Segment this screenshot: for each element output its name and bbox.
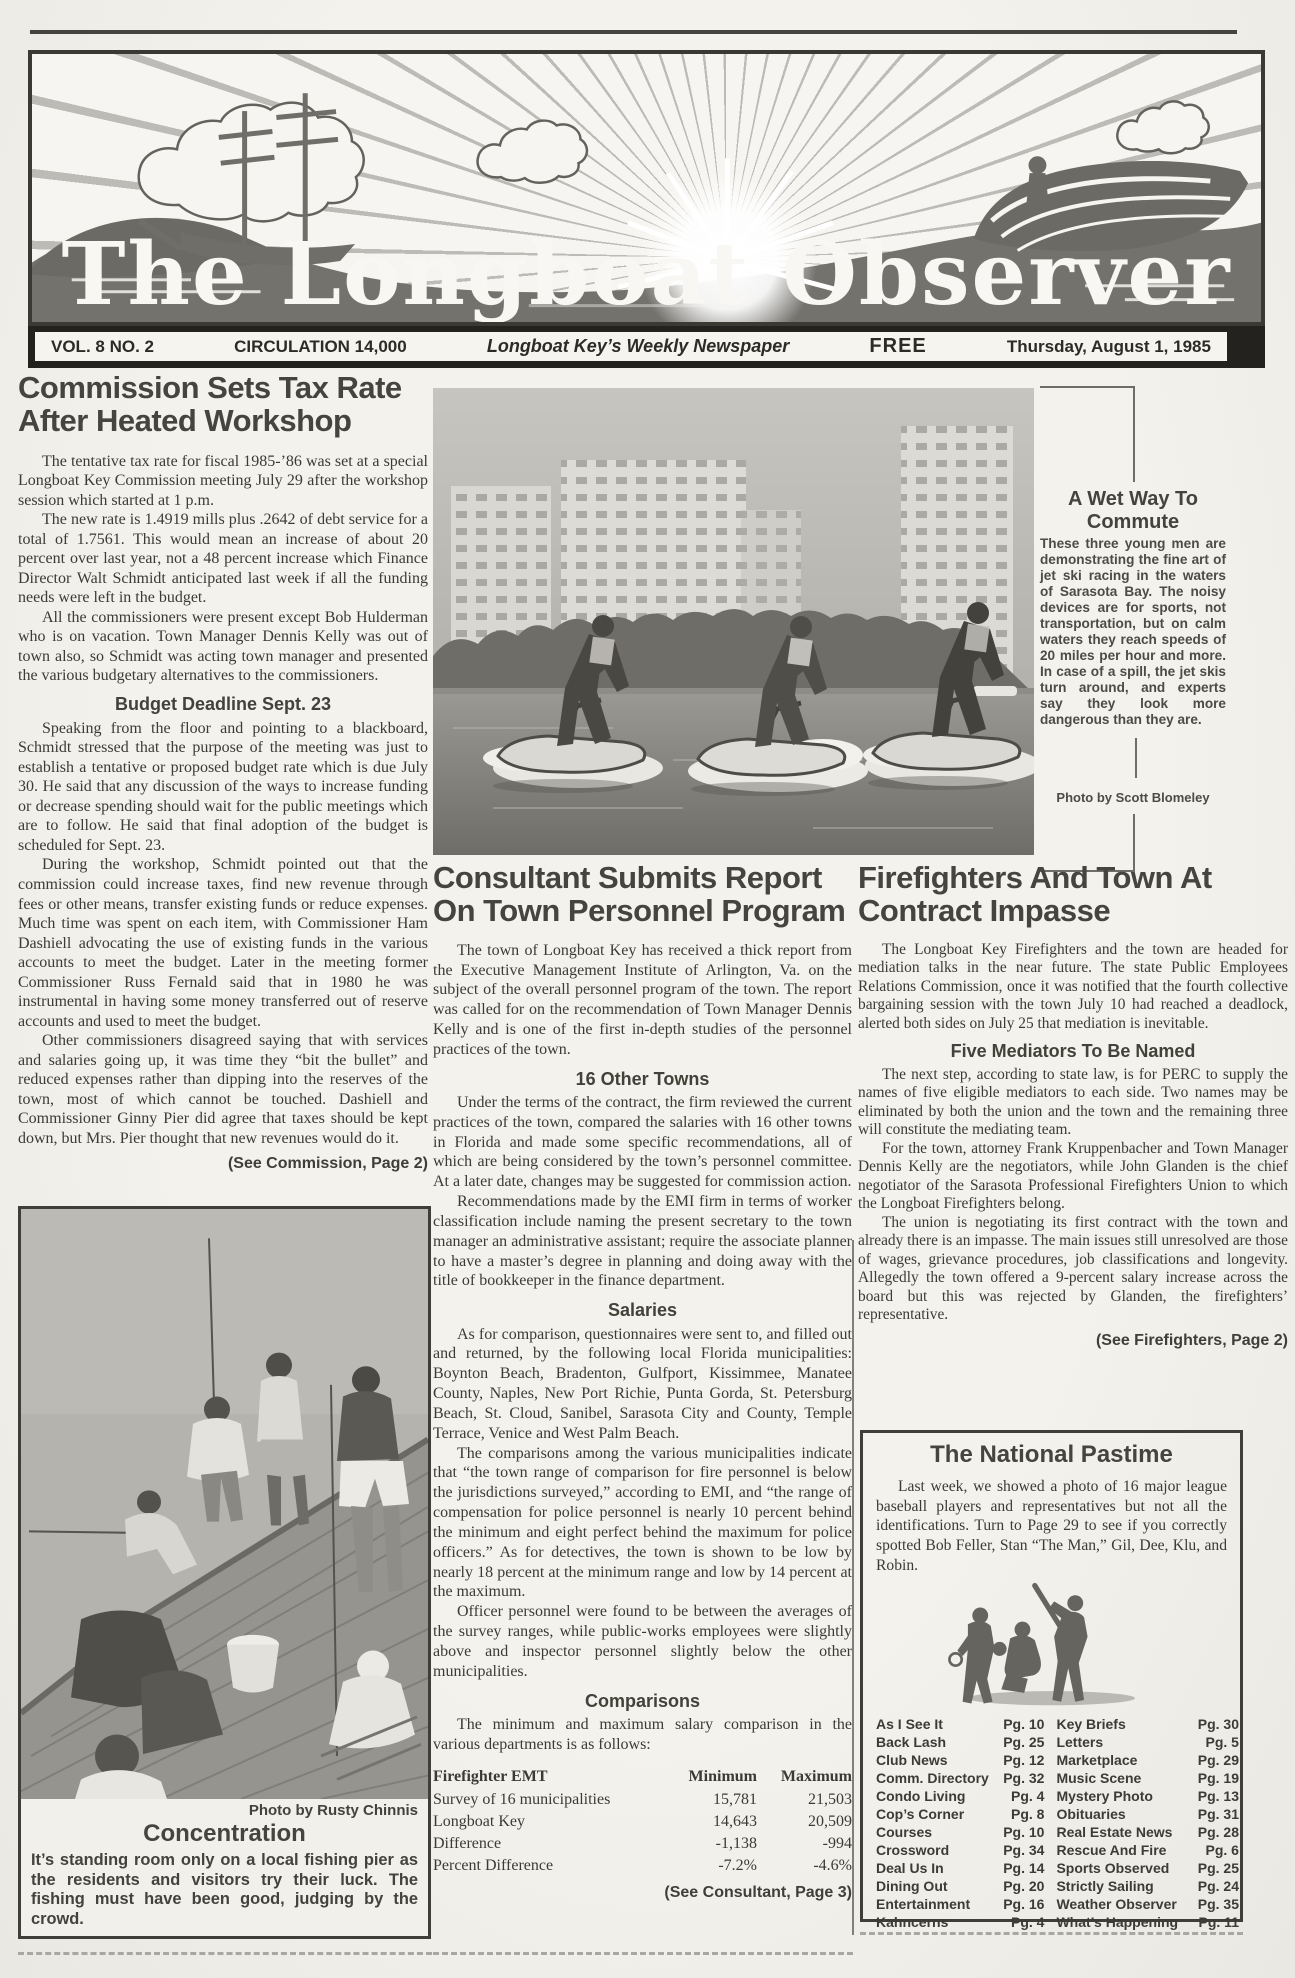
table-header-row: Firefighter EMT Minimum Maximum	[433, 1766, 852, 1788]
index-page-number: Pg. 35	[1198, 1896, 1239, 1913]
table-cell: -994	[757, 1833, 852, 1855]
index-label: Sports Observed	[1056, 1860, 1169, 1877]
index-entry: Obituaries Pg. 31	[1056, 1806, 1239, 1823]
newspaper-title: The Longboat Observer	[32, 232, 1261, 318]
caption-title: Concentration	[31, 1820, 418, 1848]
index-page-number: Pg. 29	[1198, 1752, 1239, 1769]
price-label: FREE	[869, 335, 926, 358]
subhead-five-mediators: Five Mediators To Be Named	[858, 1041, 1288, 1063]
issue-date: Thursday, August 1, 1985	[1007, 337, 1211, 357]
top-rule	[30, 30, 1237, 34]
table-cell: 14,643	[662, 1811, 757, 1833]
index-entry: What’s Happening Pg. 11	[1056, 1914, 1239, 1931]
index-label: Deal Us In	[876, 1860, 944, 1877]
caption-title: A Wet Way To Commute	[1040, 488, 1226, 534]
table-cell: 20,509	[757, 1811, 852, 1833]
index-label: Club News	[876, 1752, 948, 1769]
article-paragraph: The union is negotiating its first contr…	[858, 1214, 1288, 1325]
article-commission: Commission Sets Tax Rate After Heated Wo…	[18, 372, 428, 1174]
index-entry: Club News Pg. 12	[876, 1752, 1044, 1769]
index-label: Obituaries	[1056, 1806, 1125, 1823]
subhead-salaries: Salaries	[433, 1299, 852, 1321]
caption-body: It’s standing room only on a local fishi…	[31, 1851, 418, 1930]
index-entry: Marketplace Pg. 29	[1056, 1752, 1239, 1769]
index-entry: Letters Pg. 5	[1056, 1734, 1239, 1751]
index-page-number: Pg. 20	[1003, 1878, 1044, 1895]
dashed-separator	[433, 1952, 853, 1955]
index-entry: Key Briefs Pg. 30	[1056, 1716, 1239, 1733]
dashed-separator	[18, 1952, 432, 1955]
index-label: Key Briefs	[1056, 1716, 1125, 1733]
subhead-budget-deadline: Budget Deadline Sept. 23	[18, 694, 428, 716]
index-label: Marketplace	[1056, 1752, 1137, 1769]
table-cell: -4.6%	[757, 1855, 852, 1877]
index-label: Music Scene	[1056, 1770, 1141, 1787]
index-label: Mystery Photo	[1056, 1788, 1152, 1805]
article-paragraph: Recommendations made by the EMI firm in …	[433, 1192, 852, 1291]
index-page-number: Pg. 8	[1011, 1806, 1044, 1823]
index-page-number: Pg. 34	[1003, 1842, 1044, 1859]
info-bar: VOL. 8 NO. 2 CIRCULATION 14,000 Longboat…	[28, 326, 1265, 368]
index-page-number: Pg. 10	[1003, 1824, 1044, 1841]
umpire-icon	[949, 1608, 994, 1704]
index-label: Real Estate News	[1056, 1824, 1172, 1841]
index-page-number: Pg. 25	[1198, 1860, 1239, 1877]
index-label: Letters	[1056, 1734, 1103, 1751]
index-label: Condo Living	[876, 1788, 965, 1805]
index-entry: Entertainment Pg. 16	[876, 1896, 1044, 1913]
baseball-illustration	[876, 1575, 1227, 1712]
index-label: Courses	[876, 1824, 932, 1841]
article-paragraph: The tentative tax rate for fiscal 1985-’…	[18, 452, 428, 511]
index-page-number: Pg. 5	[1206, 1734, 1239, 1751]
index-label: Dining Out	[876, 1878, 948, 1895]
table-cell: Survey of 16 municipalities	[433, 1789, 662, 1811]
table-cell: -7.2%	[662, 1855, 757, 1877]
index-page-number: Pg. 32	[1003, 1770, 1044, 1787]
index-label: Kahncerns	[876, 1914, 948, 1931]
subhead-comparisons: Comparisons	[433, 1690, 852, 1712]
table-row: Difference -1,138 -994	[433, 1833, 852, 1855]
column-rule	[852, 1240, 854, 1935]
fishing-pier-photo	[21, 1209, 428, 1799]
caption-bracket-tick	[1135, 738, 1137, 778]
continuation-note: (See Firefighters, Page 2)	[858, 1331, 1288, 1350]
index-entry: Cop’s Corner Pg. 8	[876, 1806, 1044, 1823]
article-paragraph: All the commissioners were present excep…	[18, 608, 428, 686]
salary-comparison-table: Firefighter EMT Minimum Maximum Survey o…	[433, 1766, 852, 1876]
table-cell: Difference	[433, 1833, 662, 1855]
index-page-number: Pg. 19	[1198, 1770, 1239, 1787]
table-cell: 15,781	[662, 1789, 757, 1811]
photo-credit: Photo by Scott Blomeley	[1040, 790, 1226, 805]
caption-bracket-top	[1040, 386, 1135, 482]
article-paragraph: Under the terms of the contract, the fir…	[433, 1093, 852, 1192]
fishing-caption: Photo by Rusty Chinnis Concentration It’…	[21, 1799, 428, 1930]
index-entry: Sports Observed Pg. 25	[1056, 1860, 1239, 1877]
index-page-number: Pg. 4	[1011, 1788, 1044, 1805]
index-entry: Condo Living Pg. 4	[876, 1788, 1044, 1805]
table-row: Percent Difference -7.2% -4.6%	[433, 1855, 852, 1877]
article-paragraph: For the town, attorney Frank Kruppenbach…	[858, 1140, 1288, 1214]
index-label: Crossword	[876, 1842, 949, 1859]
dashed-separator	[860, 1932, 1243, 1935]
index-entry: Weather Observer Pg. 35	[1056, 1896, 1239, 1913]
index-page-number: Pg. 28	[1198, 1824, 1239, 1841]
index-page-number: Pg. 12	[1003, 1752, 1044, 1769]
index-entry: Strictly Sailing Pg. 24	[1056, 1878, 1239, 1895]
headline-commission: Commission Sets Tax Rate After Heated Wo…	[18, 372, 428, 438]
continuation-note: (See Commission, Page 2)	[18, 1154, 428, 1174]
photo-credit: Photo by Rusty Chinnis	[31, 1802, 418, 1819]
table-cell: 21,503	[757, 1789, 852, 1811]
index-label: Back Lash	[876, 1734, 946, 1751]
index-page-number: Pg. 6	[1206, 1842, 1239, 1859]
index-page-number: Pg. 24	[1198, 1878, 1239, 1895]
table-header-cell: Minimum	[662, 1766, 757, 1788]
page-index: As I See It Pg. 10 Back Lash Pg. 25 Club…	[876, 1716, 1227, 1932]
index-label: Rescue And Fire	[1056, 1842, 1166, 1859]
index-entry: Deal Us In Pg. 14	[876, 1860, 1044, 1877]
article-paragraph: Officer personnel were found to be betwe…	[433, 1602, 852, 1681]
jetski-photo	[433, 388, 1034, 855]
article-paragraph: As for comparison, questionnaires were s…	[433, 1325, 852, 1444]
index-entry: Kahncerns Pg. 4	[876, 1914, 1044, 1931]
index-entry: Crossword Pg. 34	[876, 1842, 1044, 1859]
article-consultant: Consultant Submits Report On Town Person…	[433, 862, 852, 1903]
index-entry: Dining Out Pg. 20	[876, 1878, 1044, 1895]
index-page-number: Pg. 4	[1011, 1914, 1044, 1931]
fishing-pier-photo-box: Photo by Rusty Chinnis Concentration It’…	[18, 1206, 431, 1939]
table-cell: -1,138	[662, 1833, 757, 1855]
index-entry: Music Scene Pg. 19	[1056, 1770, 1239, 1787]
article-paragraph: The Longboat Key Firefighters and the to…	[858, 941, 1288, 1033]
catcher-icon	[993, 1622, 1041, 1693]
table-row: Longboat Key 14,643 20,509	[433, 1811, 852, 1833]
article-firefighters: Firefighters And Town At Contract Impass…	[858, 862, 1288, 1350]
index-label: Weather Observer	[1056, 1896, 1176, 1913]
index-entry: Back Lash Pg. 25	[876, 1734, 1044, 1751]
caption-body: These three young men are demonstrating …	[1040, 536, 1226, 728]
index-label: Strictly Sailing	[1056, 1878, 1153, 1895]
table-header-cell: Firefighter EMT	[433, 1766, 662, 1788]
index-label: As I See It	[876, 1716, 943, 1733]
table-cell: Percent Difference	[433, 1855, 662, 1877]
subhead-16-other-towns: 16 Other Towns	[433, 1068, 852, 1090]
index-entry: Rescue And Fire Pg. 6	[1056, 1842, 1239, 1859]
index-entry: Mystery Photo Pg. 13	[1056, 1788, 1239, 1805]
batter-icon	[1035, 1586, 1088, 1702]
headline-consultant: Consultant Submits Report On Town Person…	[433, 862, 852, 928]
index-entry: Real Estate News Pg. 28	[1056, 1824, 1239, 1841]
index-entry: As I See It Pg. 10	[876, 1716, 1044, 1733]
article-paragraph: The minimum and maximum salary compariso…	[433, 1715, 852, 1755]
article-paragraph: During the workshop, Schmidt pointed out…	[18, 855, 428, 1031]
continuation-note: (See Consultant, Page 3)	[433, 1883, 852, 1903]
index-page-number: Pg. 25	[1003, 1734, 1044, 1751]
circulation: CIRCULATION 14,000	[234, 337, 407, 357]
pastime-body: Last week, we showed a photo of 16 major…	[876, 1477, 1227, 1575]
index-page-number: Pg. 13	[1198, 1788, 1239, 1805]
table-header-cell: Maximum	[757, 1766, 852, 1788]
article-paragraph: The comparisons among the various munici…	[433, 1444, 852, 1603]
index-page-number: Pg. 14	[1003, 1860, 1044, 1877]
index-page-number: Pg. 11	[1199, 1914, 1239, 1931]
index-page-number: Pg. 31	[1198, 1806, 1239, 1823]
masthead-banner: The Longboat Observer	[28, 50, 1265, 326]
national-pastime-box: The National Pastime Last week, we showe…	[860, 1430, 1243, 1922]
article-paragraph: The next step, according to state law, i…	[858, 1066, 1288, 1140]
article-paragraph: Other commissioners disagreed saying tha…	[18, 1031, 428, 1148]
index-label: Cop’s Corner	[876, 1806, 964, 1823]
index-label: Comm. Directory	[876, 1770, 989, 1787]
article-paragraph: The town of Longboat Key has received a …	[433, 941, 852, 1060]
index-entry: Comm. Directory Pg. 32	[876, 1770, 1044, 1787]
tagline: Longboat Key’s Weekly Newspaper	[487, 336, 789, 357]
article-paragraph: Speaking from the floor and pointing to …	[18, 719, 428, 856]
index-page-number: Pg. 30	[1198, 1716, 1239, 1733]
index-entry: Courses Pg. 10	[876, 1824, 1044, 1841]
article-paragraph: The new rate is 1.4919 mills plus .2642 …	[18, 510, 428, 608]
index-label: What’s Happening	[1056, 1914, 1178, 1931]
headline-firefighters: Firefighters And Town At Contract Impass…	[858, 862, 1288, 928]
table-row: Survey of 16 municipalities 15,781 21,50…	[433, 1789, 852, 1811]
index-label: Entertainment	[876, 1896, 970, 1913]
pastime-title: The National Pastime	[876, 1441, 1227, 1469]
newspaper-front-page: The Longboat Observer VOL. 8 NO. 2 CIRCU…	[0, 0, 1295, 1978]
volume-number: VOL. 8 NO. 2	[51, 337, 154, 357]
jetski-caption: A Wet Way To Commute These three young m…	[1040, 386, 1226, 886]
index-page-number: Pg. 16	[1003, 1896, 1044, 1913]
index-page-number: Pg. 10	[1003, 1716, 1044, 1733]
table-cell: Longboat Key	[433, 1811, 662, 1833]
